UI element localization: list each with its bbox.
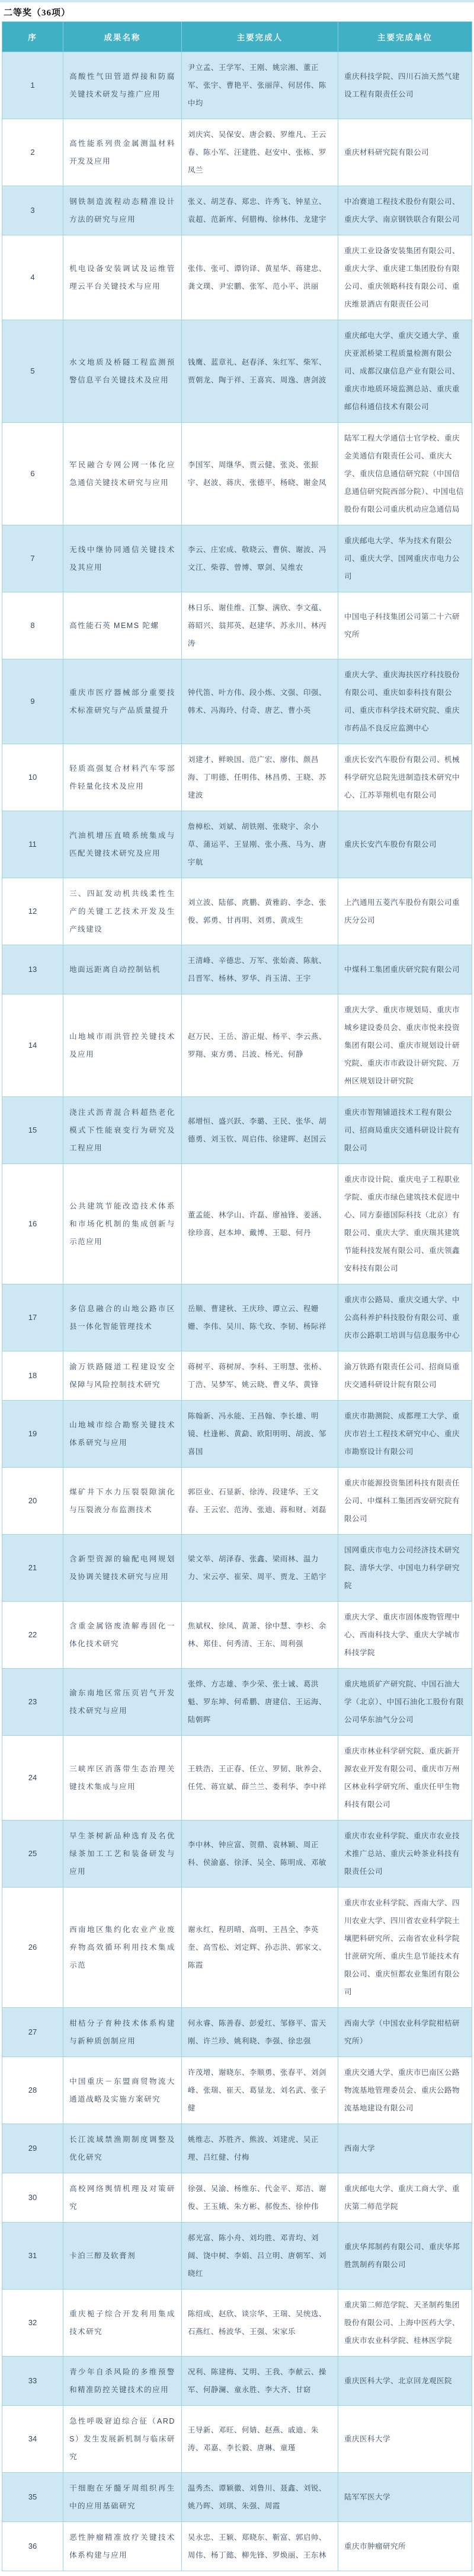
row-orgs: 重庆市农业科学院、西南大学、四川农业大学、四川省农业科学院土壤肥料研究所、云南省… [338,1888,472,2008]
row-seq: 9 [2,659,63,744]
row-seq: 25 [2,1821,63,1888]
row-seq: 32 [2,2290,63,2357]
table-row: 33青少年自杀风险的多维预警和精准防控关键技术的应用况利、陈建梅、艾明、王我、李… [2,2357,472,2406]
row-achievement-name: 重庆市医疗器械部分重要技术标准研究与产品质量提升 [63,659,182,744]
row-achievement-name: 轻质高强复合材料汽车零部件轻量化技术及应用 [63,744,182,811]
row-achievement-name: 三、四缸发动机共线柔性生产的关键工艺技术开发及生产线建设 [63,878,182,945]
row-achievement-name: 重庆栀子综合开发利用集成技术研究 [63,2290,182,2357]
table-row: 18渝万铁路隧道工程建设安全保障与风险控制技术研究蒋树平、蒋树屏、李科、王明慧、… [2,1351,472,1401]
row-seq: 20 [2,1468,63,1535]
row-achievement-name: 多信息融合的山地公路市区县一体化智能管理技术 [63,1284,182,1351]
row-orgs: 重庆邮电大学、华为技术有限公司、重庆大学、国网重庆市电力公司 [338,525,472,592]
row-orgs: 重庆市林业科学研究院、重庆新开源农业开发有限公司、重庆市万州区林业科学研究所、重… [338,1736,472,1821]
row-people: 岳顺、曹建秋、王庆珍、谭立云、程姗姗、李伟、吴川、陈弋玫、李韧、杨际祥 [181,1284,338,1351]
row-people: 张伟、张可、谭钧译、黄星华、蒋建忠、龚文璞、尹宏鹏、张军、范小平、洪丽 [181,235,338,320]
row-people: 谢永红、程玥晴、高明、王昌全、李英奎、高雪松、刘定辉、孙志洪、郭家文、陈霞 [181,1888,338,2008]
row-orgs: 重庆工业设备安装集团有限公司、重庆大学、重庆建工集团股份有限公司、重庆领略科技有… [338,235,472,320]
row-orgs: 重庆大学、重庆海扶医疗科技股份有限公司、重庆如泰科技有限公司、重庆市科学技术研究… [338,659,472,744]
table-row: 15浇注式沥青混合料超热老化模式下性能衰变行为研究及工程应用郝增恒、盛兴跃、李璐… [2,1097,472,1164]
table-header-row: 序 成果名称 主要完成人 主要完成单位 [2,22,472,52]
row-people: 李云、庄宏成、敬晓云、曹傧、谢波、冯文江、柴蓉、曾博、覃剑、吴维农 [181,525,338,592]
row-achievement-name: 急性呼吸窘迫综合征（ARDS）发生发展新机制与临床研究 [63,2406,182,2473]
table-row: 32重庆栀子综合开发利用集成技术研究陈绍成、赵欣、谈宗华、王瑞、吴统选、石燕红、… [2,2290,472,2357]
row-people: 刘立波、陆郁、庹鹏、黄雅韵、李念、张俊、郭勇、甘再明、刘勇、黄成生 [181,878,338,945]
table-row: 31卡泊三醇及软膏剂郝光富、陈小舟、刘均胜、邓青均、刘阔、饶中树、李娟、吕立明、… [2,2223,472,2290]
row-seq: 30 [2,2173,63,2223]
row-people: 李国军、周继华、贾云健、张炎、张振宇、赵波、蒋庆、张德平、杨晓、谢金凤 [181,423,338,525]
row-seq: 23 [2,1669,63,1736]
row-orgs: 陆军军医大学 [338,2473,472,2522]
row-orgs: 重庆市公路局、重庆交通大学、中公高科养护科技股份有限公司、重庆市公路职工培训与信… [338,1284,472,1351]
table-row: 16公共建筑节能改造技术体系和市场化机制的集成创新与示范应用董孟能、林学山、许磊… [2,1164,472,1284]
table-row: 1高酸性气田管道焊接和防腐关键技术研发与推广应用尹立孟、王学军、王刚、姚宗湘、董… [2,52,472,119]
row-orgs: 上汽通用五菱汽车股份有限公司重庆分公司 [338,878,472,945]
row-orgs: 重庆长安汽车股份有限公司、机械科学研究总院先进制造技术研究中心、江苏莘翔机电有限… [338,744,472,811]
row-people: 刘庆宾、吴保安、唐会毅、罗维凡、王云春、陈小军、汪建胜、赵安中、张栋、罗凤兰 [181,119,338,186]
row-seq: 35 [2,2473,63,2522]
row-achievement-name: 渝东南地区常压页岩气开发技术研究与应用 [63,1669,182,1736]
row-seq: 2 [2,119,63,186]
row-people: 林日乐、谢佳维、江黎、满欣、李文蕴、蒋昭兴、翁邦英、赵建华、苏永川、林丙涛 [181,592,338,659]
row-people: 蒋树平、蒋树屏、李科、王明慧、张桥、丁浩、吴梦军、姚云晓、曹义华、黄锋 [181,1351,338,1401]
table-row: 11汽油机增压直喷系统集成与匹配关键技术研究及应用詹樟松、刘斌、胡铁刚、张晓宇、… [2,811,472,878]
page-title: 二等奖（36项） [0,2,474,21]
row-seq: 34 [2,2406,63,2473]
row-people: 况利、陈建梅、艾明、王我、李献云、操军、何静澜、童永胜、李大齐、甘窈 [181,2357,338,2406]
table-row: 26西南地区集约化农业产业废弃物高效循环利用技术集成示范谢永红、程玥晴、高明、王… [2,1888,472,2008]
row-seq: 12 [2,878,63,945]
row-seq: 14 [2,994,63,1097]
row-achievement-name: 长江流域禁渔期制度调整及优化研究 [63,2124,182,2173]
table-row: 17多信息融合的山地公路市区县一体化智能管理技术岳顺、曹建秋、王庆珍、谭立云、程… [2,1284,472,1351]
row-seq: 28 [2,2057,63,2124]
row-orgs: 重庆邮电大学、重庆交通大学、重庆亚派桥梁工程质量检测有限公司、成都汉康信息产业有… [338,320,472,423]
row-seq: 19 [2,1401,63,1468]
row-achievement-name: 渝万铁路隧道工程建设安全保障与风险控制技术研究 [63,1351,182,1401]
row-seq: 10 [2,744,63,811]
table-row: 35干细胞在牙髓牙周组织再生中的应用基础研究温秀杰、谭颖徽、刘鲁川、聂鑫、刘锐、… [2,2473,472,2522]
row-achievement-name: 含新型资源的输配电网规划及协调关键技术研究与应用 [63,1535,182,1602]
row-seq: 16 [2,1164,63,1284]
table-row: 29长江流域禁渔期制度调整及优化研究姚维志、苏胜齐、熊波、刘建虎、吴正理、吕红健… [2,2124,472,2173]
row-people: 焦斌权、徐凤、黄萧、徐中慧、李杉、余林、郑佳、何秀清、王东、周利强 [181,1602,338,1669]
row-seq: 33 [2,2357,63,2406]
row-achievement-name: 高性能系列贵金属测温材料开发及应用 [63,119,182,186]
table-row: 24三峡库区消落带生态治理关键技术集成与应用王轶浩、王正春、任立、罗韧、耿养会、… [2,1736,472,1821]
table-row: 34急性呼吸窘迫综合征（ARDS）发生发展新机制与临床研究王导新、邓旺、何婧、赵… [2,2406,472,2473]
row-people: 何永睿、陈善春、彭爱红、邹修平、雷天刚、许兰珍、姚利晓、李强、徐忠强 [181,2008,338,2057]
row-orgs: 重庆科技学院、四川石油天然气建设工程有限责任公司 [338,52,472,119]
row-orgs: 中国电子科技集团公司第二十六研究所 [338,592,472,659]
row-people: 姚维志、苏胜齐、熊波、刘建虎、吴正理、吕红健、付梅 [181,2124,338,2173]
row-seq: 13 [2,945,63,994]
awards-table: 序 成果名称 主要完成人 主要完成单位 1高酸性气田管道焊接和防腐关键技术研发与… [2,21,472,2571]
row-achievement-name: 公共建筑节能改造技术体系和市场化机制的集成创新与示范应用 [63,1164,182,1284]
row-orgs: 重庆邮电大学、重庆工商大学、重庆第二师范学院 [338,2173,472,2223]
row-achievement-name: 西南地区集约化农业产业废弃物高效循环利用技术集成示范 [63,1888,182,2008]
row-achievement-name: 机电设备安装调试及运维管理云平台关键技术与应用 [63,235,182,320]
row-achievement-name: 干细胞在牙髓牙周组织再生中的应用基础研究 [63,2473,182,2522]
row-seq: 21 [2,1535,63,1602]
table-row: 3钢铁制造流程动态精准设计方法的研究与应用张义、胡芝春、郑忠、许秀飞、钟星立、袁… [2,186,472,235]
page: 二等奖（36项） 序 成果名称 主要完成人 主要完成单位 1高酸性气田管道焊接和… [0,0,474,2576]
row-people: 董孟能、林学山、许磊、廖袖锋、姜涵、徐珍喜、赵本坤、戴博、王聪、何丹 [181,1164,338,1284]
row-orgs: 重庆长安汽车股份有限公司 [338,811,472,878]
row-orgs: 重庆地质矿产研究院、中国石油大学（北京）、中国石油化工股份有限公司华东油气分公司 [338,1669,472,1736]
table-row: 2高性能系列贵金属测温材料开发及应用刘庆宾、吴保安、唐会毅、罗维凡、王云春、陈小… [2,119,472,186]
row-people: 张义、胡芝春、郑忠、许秀飞、钟星立、袁超、范新库、何腊梅、徐林伟、龙建宇 [181,186,338,235]
row-orgs: 重庆交通大学、重庆市巴南区公路物流基地管理委员会、重庆公路物流基地建设有限公司 [338,2057,472,2124]
row-people: 李中林、钟应富、贺鼎、袁林颖、周正科、侯渝嘉、徐泽、吴全、陈明成、邓敏 [181,1821,338,1888]
row-people: 吴永忠、王颖、郑晓东、靳富、郭启帅、周伟、杨丁懿、柳先锋、罗焕丽、王东林 [181,2522,338,2571]
row-people: 陈绍成、赵欣、谈宗华、王瑞、吴统选、石燕红、杨波华、王强、宋家乐 [181,2290,338,2357]
table-row: 9重庆市医疗器械部分重要技术标准研究与产品质量提升钟代笛、叶方伟、段小炼、文强、… [2,659,472,744]
column-header-name: 成果名称 [63,22,182,52]
row-achievement-name: 军民融合专网公网一体化应急通信关键技术研究与应用 [63,423,182,525]
row-orgs: 中煤科工集团重庆研究院有限公司 [338,945,472,994]
row-achievement-name: 地面远距离自动控制钻机 [63,945,182,994]
table-row: 25早生茶树新品种选育及名优绿茶加工工艺和装备研发与应用李中林、钟应富、贺鼎、袁… [2,1821,472,1888]
table-row: 19山地城市综合勘察关键技术体系研究与应用陈翰新、冯永能、王昌翰、李长雄、明镜、… [2,1401,472,1468]
table-row: 22含重金属铬废渣解毒固化一体化技术研究焦斌权、徐凤、黄萧、徐中慧、李杉、余林、… [2,1602,472,1669]
row-orgs: 重庆市能源投资集团科技有限责任公司、中煤科工集团西安研究院有限公司 [338,1468,472,1535]
row-orgs: 重庆市设计院、重庆电子工程职业学院、重庆市绿色建筑技术促进中心、同方泰德国际科技… [338,1164,472,1284]
row-people: 郝增恒、盛兴跃、李璐、王民、张华、胡德勇、刘玉钦、周启伟、徐建晖、赵国云 [181,1097,338,1164]
row-people: 王导新、邓旺、何婧、赵燕、戚迪、朱涛、邓嘉、李长毅、唐琳、童瑾 [181,2406,338,2473]
row-people: 徐强、吴渝、杨维东、代金平、郑洁、谢俊、王玉娥、朱方彬、郝俊杰、徐仲伟 [181,2173,338,2223]
row-orgs: 重庆大学、重庆市固体废物管理中心、西南科技大学、重庆大学城市科技学院 [338,1602,472,1669]
row-orgs: 重庆第二师范学院、天圣制药集团股份有限公司、上海中医药大学、重庆市农业科学院、桂… [338,2290,472,2357]
row-seq: 36 [2,2522,63,2571]
row-orgs: 重庆市勘测院、成都理工大学、重庆市岩土工程技术研究中心、重庆市勘察设计有限公司 [338,1401,472,1468]
row-people: 尹立孟、王学军、王刚、姚宗湘、董正军、张宇、曹艳平、张丽萍、何居伟、陈中均 [181,52,338,119]
table-row: 27柑桔分子育种技术体系构建与新种质创制应用何永睿、陈善春、彭爱红、邹修平、雷天… [2,2008,472,2057]
row-people: 王清峰、辛德忠、万军、张始斋、陈航、吕晋军、杨林、罗华、肖玉清、王宇 [181,945,338,994]
row-seq: 18 [2,1351,63,1401]
row-achievement-name: 浇注式沥青混合料超热老化模式下性能衰变行为研究及工程应用 [63,1097,182,1164]
row-achievement-name: 三峡库区消落带生态治理关键技术集成与应用 [63,1736,182,1821]
row-people: 许茂增、谢晓东、李顺勇、张春平、刘剑峰、张瑞、崔天、葛显龙、刘名武、张子健 [181,2057,338,2124]
row-seq: 7 [2,525,63,592]
row-people: 钱鹰、蓝章礼、赵春泽、朱红军、柴军、贾朝龙、陶于祥、王喜宾、周逸、唐剑波 [181,320,338,423]
row-orgs: 重庆华邦制药有限公司、重庆华邦胜凯制药有限公司 [338,2223,472,2290]
row-orgs: 重庆医科大学 [338,2406,472,2473]
row-orgs: 重庆市肿瘤研究所 [338,2522,472,2571]
row-seq: 17 [2,1284,63,1351]
column-header-seq: 序 [2,22,63,52]
table-row: 28中国重庆－东盟商贸物流大通道战略及实施方案研究许茂增、谢晓东、李顺勇、张春平… [2,2057,472,2124]
row-achievement-name: 高酸性气田管道焊接和防腐关键技术研发与推广应用 [63,52,182,119]
row-achievement-name: 山地城市综合勘察关键技术体系研究与应用 [63,1401,182,1468]
row-people: 王轶浩、王正春、任立、罗韧、耿养会、任凭、蒋宣斌、薛兰兰、娄利华、李中祥 [181,1736,338,1821]
row-orgs: 重庆医科大学、北京回龙观医院 [338,2357,472,2406]
table-row: 8高性能石英 MEMS 陀螺林日乐、谢佳维、江黎、满欣、李文蕴、蒋昭兴、翁邦英、… [2,592,472,659]
row-seq: 29 [2,2124,63,2173]
row-achievement-name: 卡泊三醇及软膏剂 [63,2223,182,2290]
table-row: 7无线中继协同通信关键技术及其应用李云、庄宏成、敬晓云、曹傧、谢波、冯文江、柴蓉… [2,525,472,592]
table-row: 13地面远距离自动控制钻机王清峰、辛德忠、万军、张始斋、陈航、吕晋军、杨林、罗华… [2,945,472,994]
row-orgs: 西南大学（中国农业科学院柑桔研究所） [338,2008,472,2057]
column-header-orgs: 主要完成单位 [338,22,472,52]
row-achievement-name: 柑桔分子育种技术体系构建与新种质创制应用 [63,2008,182,2057]
row-people: 郭臣业、石显新、徐涛、段建华、王文春、王云宏、范涛、张迪、蒋和财、刘磊 [181,1468,338,1535]
row-seq: 26 [2,1888,63,2008]
row-achievement-name: 青少年自杀风险的多维预警和精准防控关键技术的应用 [63,2357,182,2406]
row-achievement-name: 早生茶树新品种选育及名优绿茶加工工艺和装备研发与应用 [63,1821,182,1888]
row-people: 郝光富、陈小舟、刘均胜、邓青均、刘阔、饶中树、李娟、吕立明、唐朝军、刘晓红 [181,2223,338,2290]
row-orgs: 陆军工程大学通信士官学校、重庆金美通信有限责任公司、重庆大学、重庆信息通信研究院… [338,423,472,525]
row-achievement-name: 高校网络舆情机理及对策研究 [63,2173,182,2223]
table-row: 12三、四缸发动机共线柔性生产的关键工艺技术开发及生产线建设刘立波、陆郁、庹鹏、… [2,878,472,945]
row-seq: 11 [2,811,63,878]
row-people: 詹樟松、刘斌、胡铁刚、张晓宇、余小草、蒲运平、王显刚、张小燕、马为、唐宇航 [181,811,338,878]
row-achievement-name: 恶性肿瘤精准放疗关键技术体系构建与应用 [63,2522,182,2571]
row-achievement-name: 高性能石英 MEMS 陀螺 [63,592,182,659]
row-seq: 27 [2,2008,63,2057]
row-achievement-name: 煤矿井下水力压裂裂隙演化与压裂液分布监测技术 [63,1468,182,1535]
row-seq: 8 [2,592,63,659]
row-orgs: 西南大学 [338,2124,472,2173]
row-people: 钟代笛、叶方伟、段小炼、文强、印强、韩术、冯海玲、付奇、唐艺、曹小英 [181,659,338,744]
row-people: 刘建才、鲜映国、范广宏、廖伟、颜昌海、丁明德、任明伟、林昌勇、王晓、苏建波 [181,744,338,811]
row-seq: 1 [2,52,63,119]
row-orgs: 重庆大学、重庆市规划局、重庆市城乡建设委员会、重庆市悦来投资集团有限公司、重庆市… [338,994,472,1097]
row-orgs: 渝万铁路有限责任公司、招商局重庆交通科研设计院有限公司 [338,1351,472,1401]
row-orgs: 重庆市农业科学院、重庆市农业技术推广总站、重庆云岭茶业科技有限责任公司 [338,1821,472,1888]
row-achievement-name: 含重金属铬废渣解毒固化一体化技术研究 [63,1602,182,1669]
row-seq: 24 [2,1736,63,1821]
table-row: 14山地城市雨洪管控关键技术及应用赵万民、王岳、游正焜、杨平、李云燕、罗翔、束方… [2,994,472,1097]
table-row: 4机电设备安装调试及运维管理云平台关键技术与应用张伟、张可、谭钧译、黄星华、蒋建… [2,235,472,320]
row-seq: 31 [2,2223,63,2290]
table-row: 5水文地质及桥隧工程监测预警信息平台关键技术及应用钱鹰、蓝章礼、赵春泽、朱红军、… [2,320,472,423]
row-achievement-name: 汽油机增压直喷系统集成与匹配关键技术研究及应用 [63,811,182,878]
row-achievement-name: 山地城市雨洪管控关键技术及应用 [63,994,182,1097]
row-people: 陈翰新、冯永能、王昌翰、李长雄、明镜、杜逢彬、黄勐、欧阳明明、胡波、邹喜国 [181,1401,338,1468]
row-people: 张烨、方志雄、李少荣、张士诚、葛洪魁、罗东坤、何希鹏、唐建信、王运海、陆朝晖 [181,1669,338,1736]
table-row: 20煤矿井下水力压裂裂隙演化与压裂液分布监测技术郭臣业、石显新、徐涛、段建华、王… [2,1468,472,1535]
row-achievement-name: 无线中继协同通信关键技术及其应用 [63,525,182,592]
row-seq: 3 [2,186,63,235]
awards-table-wrap: 序 成果名称 主要完成人 主要完成单位 1高酸性气田管道焊接和防腐关键技术研发与… [0,21,474,2576]
table-row: 36恶性肿瘤精准放疗关键技术体系构建与应用吴永忠、王颖、郑晓东、靳富、郭启帅、周… [2,2522,472,2571]
column-header-people: 主要完成人 [181,22,338,52]
row-seq: 15 [2,1097,63,1164]
row-orgs: 中冶赛迪工程技术股份有限公司、重庆大学、南京钢铁联合有限公司 [338,186,472,235]
row-achievement-name: 中国重庆－东盟商贸物流大通道战略及实施方案研究 [63,2057,182,2124]
row-people: 赵万民、王岳、游正焜、杨平、李云燕、罗翔、束方勇、吕波、杨光、何静 [181,994,338,1097]
row-seq: 6 [2,423,63,525]
table-row: 21含新型资源的输配电网规划及协调关键技术研究与应用梁文举、胡泽春、张鑫、梁雨林… [2,1535,472,1602]
row-orgs: 重庆材料研究院有限公司 [338,119,472,186]
table-row: 10轻质高强复合材料汽车零部件轻量化技术及应用刘建才、鲜映国、范广宏、廖伟、颜昌… [2,744,472,811]
row-achievement-name: 钢铁制造流程动态精准设计方法的研究与应用 [63,186,182,235]
table-row: 30高校网络舆情机理及对策研究徐强、吴渝、杨维东、代金平、郑洁、谢俊、王玉娥、朱… [2,2173,472,2223]
table-row: 23渝东南地区常压页岩气开发技术研究与应用张烨、方志雄、李少荣、张士诚、葛洪魁、… [2,1669,472,1736]
row-orgs: 国网重庆市电力公司经济技术研究院、清华大学、中国电力科学研究院 [338,1535,472,1602]
row-seq: 5 [2,320,63,423]
row-orgs: 重庆市智翔铺道技术工程有限公司、招商局重庆交通科研设计院有限公司 [338,1097,472,1164]
table-row: 6军民融合专网公网一体化应急通信关键技术研究与应用李国军、周继华、贾云健、张炎、… [2,423,472,525]
row-people: 梁文举、胡泽春、张鑫、梁雨林、温力力、宋云亭、崔荣、周平、贾龙、王皓宇 [181,1535,338,1602]
row-achievement-name: 水文地质及桥隧工程监测预警信息平台关键技术及应用 [63,320,182,423]
row-seq: 22 [2,1602,63,1669]
row-people: 温秀杰、谭颖徽、刘鲁川、聂鑫、刘锐、姚乃晖、刘琪、朱强、周霞 [181,2473,338,2522]
row-seq: 4 [2,235,63,320]
